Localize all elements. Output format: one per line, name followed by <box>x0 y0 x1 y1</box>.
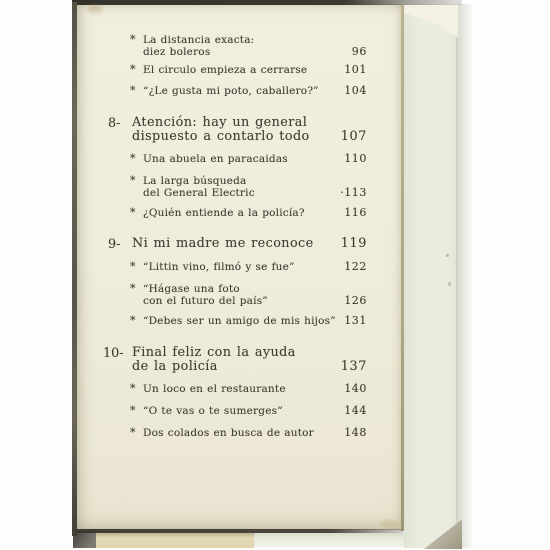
entry-bullet: * <box>130 33 136 46</box>
entry-bullet: * <box>130 382 136 395</box>
entry-page-number: 122 <box>344 261 367 273</box>
entry-title: Un loco en el restaurante <box>143 383 329 395</box>
paper-stain <box>88 4 102 13</box>
section-title-line: dispuesto a contarlo todo <box>132 130 329 144</box>
book-page: * La distancia exacta: diez boleros 96 *… <box>77 4 401 530</box>
entry-title: “Debes ser un amigo de mis hijos” <box>143 315 329 327</box>
entry-title-line: Un loco en el restaurante <box>143 383 329 395</box>
entry-title-line: El circulo empieza a cerrarse <box>143 64 329 76</box>
entry-page-number: 126 <box>344 295 367 307</box>
entry-bullet: * <box>130 152 136 165</box>
entry-title-line: La distancia exacta: <box>143 34 329 46</box>
toc-entry: * La larga búsqueda del General Electric… <box>77 175 401 199</box>
entry-title-line: Dos colados en busca de autor <box>143 427 329 439</box>
section-page-number: 137 <box>341 360 367 374</box>
paper-speck <box>446 254 449 257</box>
toc-entry: * “Littin vino, filmó y se fue” 122 <box>77 261 401 273</box>
pages-under-edge-tan <box>94 533 254 548</box>
entry-title-line: “Hágase una foto <box>143 283 329 295</box>
entry-page-number: ·113 <box>340 187 367 199</box>
toc-entry: * “O te vas o te sumerges” 144 <box>77 405 401 417</box>
toc-entry: * El circulo empieza a cerrarse 101 <box>77 64 401 76</box>
entry-page-number: 110 <box>344 153 367 165</box>
entry-title: “O te vas o te sumerges” <box>143 405 329 417</box>
entry-bullet: * <box>130 314 136 327</box>
toc-entry: * “Hágase una foto con el futuro del paí… <box>77 283 401 307</box>
book-pages-edge-strip <box>404 4 458 548</box>
entry-bullet: * <box>130 260 136 273</box>
entry-title-line: ¿Quién entiende a la policía? <box>143 207 329 219</box>
page-left-edge <box>72 2 77 536</box>
section-page-number: 119 <box>341 237 367 251</box>
entry-title: “Hágase una foto con el futuro del país” <box>143 283 329 307</box>
entry-title: Dos colados en busca de autor <box>143 427 329 439</box>
toc-section-header: 9- Ni mi madre me reconoce 119 <box>77 237 401 251</box>
entry-title: La larga búsqueda del General Electric <box>143 175 329 199</box>
paper-stain <box>380 520 398 527</box>
entry-title-line: “Debes ser un amigo de mis hijos” <box>143 315 329 327</box>
entry-bullet: * <box>130 84 136 97</box>
entry-title-line: “¿Le gusta mi poto, caballero?” <box>143 85 329 97</box>
entry-title: El circulo empieza a cerrarse <box>143 64 329 76</box>
entry-title: “Littin vino, filmó y se fue” <box>143 261 329 273</box>
entry-title: ¿Quién entiende a la policía? <box>143 207 329 219</box>
toc-entry: * Dos colados en busca de autor 148 <box>77 427 401 439</box>
section-title-line: de la policía <box>132 360 329 374</box>
entry-title-line: “Littin vino, filmó y se fue” <box>143 261 329 273</box>
entry-bullet: * <box>130 282 136 295</box>
paper-speck <box>448 282 451 286</box>
entry-bullet: * <box>130 404 136 417</box>
toc-entry: * “Debes ser un amigo de mis hijos” 131 <box>77 315 401 327</box>
entry-bullet: * <box>130 206 136 219</box>
page-right-edge <box>401 5 404 531</box>
entry-bullet: * <box>130 426 136 439</box>
entry-title: La distancia exacta: diez boleros <box>143 34 329 58</box>
entry-title: Una abuela en paracaidas <box>143 153 329 165</box>
entry-page-number: 144 <box>344 405 367 417</box>
toc-section-header: 10- Final feliz con la ayuda de la polic… <box>77 346 401 373</box>
section-title: Ni mi madre me reconoce <box>132 237 329 251</box>
entry-title-line: Una abuela en paracaidas <box>143 153 329 165</box>
section-title: Atención: hay un general dispuesto a con… <box>132 116 329 143</box>
section-title-line: Atención: hay un general <box>132 116 329 130</box>
entry-page-number: 104 <box>344 85 367 97</box>
page-bottom-edge <box>76 529 403 533</box>
entry-bullet: * <box>130 174 136 187</box>
book-edge-highlight <box>456 4 474 548</box>
entry-title-line: del General Electric <box>143 187 329 199</box>
entry-page-number: 96 <box>352 46 367 58</box>
section-number: 9- <box>108 237 120 252</box>
toc-entry: * La distancia exacta: diez boleros 96 <box>77 34 401 58</box>
entry-title: “¿Le gusta mi poto, caballero?” <box>143 85 329 97</box>
section-title-line: Ni mi madre me reconoce <box>132 237 329 251</box>
toc-entry: * Un loco en el restaurante 140 <box>77 383 401 395</box>
toc-entry: * Una abuela en paracaidas 110 <box>77 153 401 165</box>
entry-page-number: 140 <box>344 383 367 395</box>
scanned-book-photo: * La distancia exacta: diez boleros 96 *… <box>0 0 550 550</box>
section-number: 8- <box>108 116 120 131</box>
section-page-number: 107 <box>341 130 367 144</box>
toc-section-header: 8- Atención: hay un general dispuesto a … <box>77 116 401 143</box>
entry-title-line: La larga búsqueda <box>143 175 329 187</box>
entry-title-line: diez boleros <box>143 46 329 58</box>
entry-title-line: con el futuro del país” <box>143 295 329 307</box>
section-title: Final feliz con la ayuda de la policía <box>132 346 329 373</box>
toc-entry: * ¿Quién entiende a la policía? 116 <box>77 207 401 219</box>
toc-entry: * “¿Le gusta mi poto, caballero?” 104 <box>77 85 401 97</box>
pages-under-edge-grey <box>254 533 404 547</box>
entry-title-line: “O te vas o te sumerges” <box>143 405 329 417</box>
entry-bullet: * <box>130 63 136 76</box>
table-of-contents: * La distancia exacta: diez boleros 96 *… <box>77 4 401 530</box>
section-title-line: Final feliz con la ayuda <box>132 346 329 360</box>
entry-page-number: 101 <box>344 64 367 76</box>
entry-page-number: 116 <box>344 207 367 219</box>
section-number: 10- <box>103 346 124 361</box>
entry-page-number: 131 <box>344 315 367 327</box>
entry-page-number: 148 <box>344 427 367 439</box>
